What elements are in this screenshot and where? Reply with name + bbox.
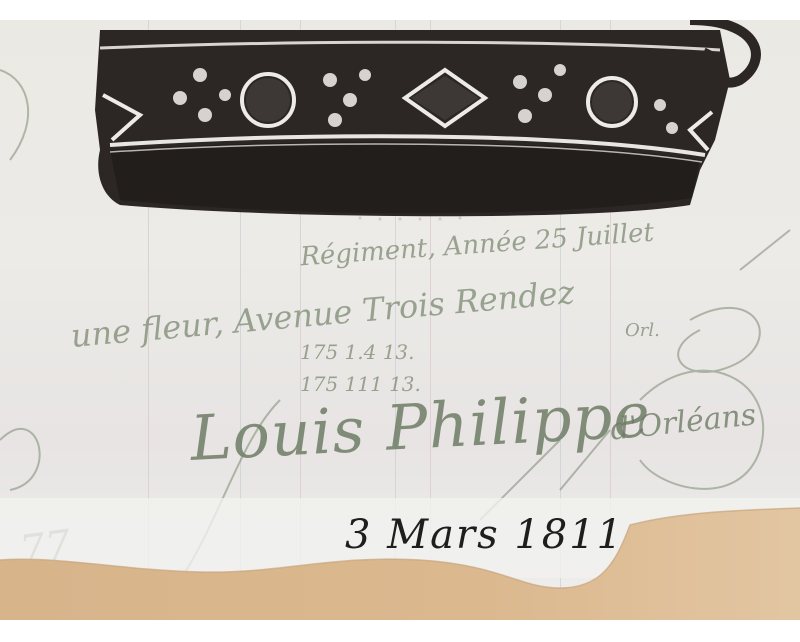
- torn-tan-paper: [0, 20, 800, 620]
- collage-photo: Régiment, Année 25 Juillet une fleur, Av…: [0, 20, 800, 620]
